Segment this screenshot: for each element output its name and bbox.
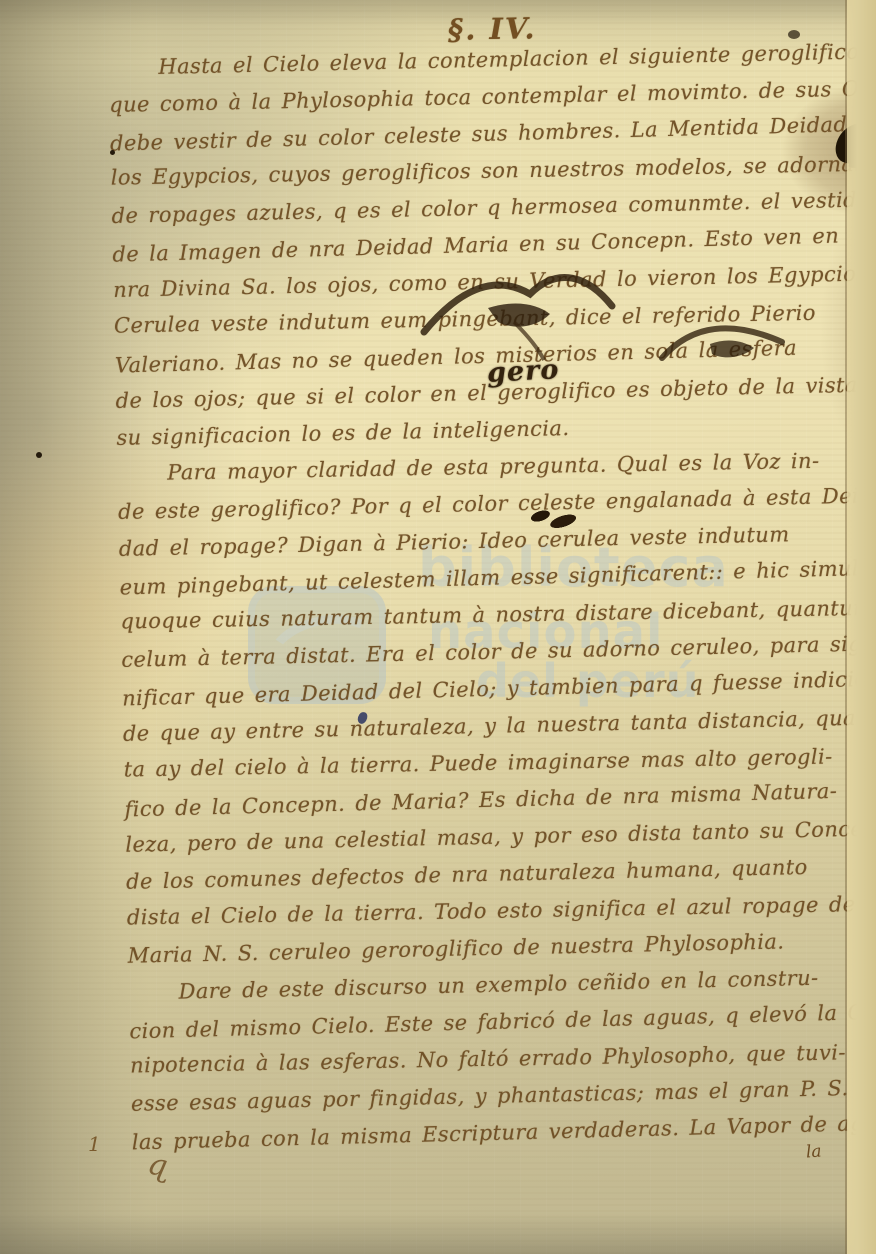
paper-speck: [110, 150, 115, 155]
manuscript-page: biblioteca nacional del perú §. IV. Hast…: [0, 0, 876, 1254]
margin-numeral: 1: [88, 1132, 101, 1156]
page-edge-strip: [845, 0, 876, 1254]
ink-smear-bird: [418, 248, 618, 368]
paper-speck: [36, 452, 42, 458]
catchword: la: [805, 1141, 822, 1162]
manuscript-text: Hasta el Cielo eleva la contemplacion el…: [108, 34, 876, 1160]
ink-smear-small: [658, 312, 788, 382]
paper-speck: [788, 30, 800, 39]
